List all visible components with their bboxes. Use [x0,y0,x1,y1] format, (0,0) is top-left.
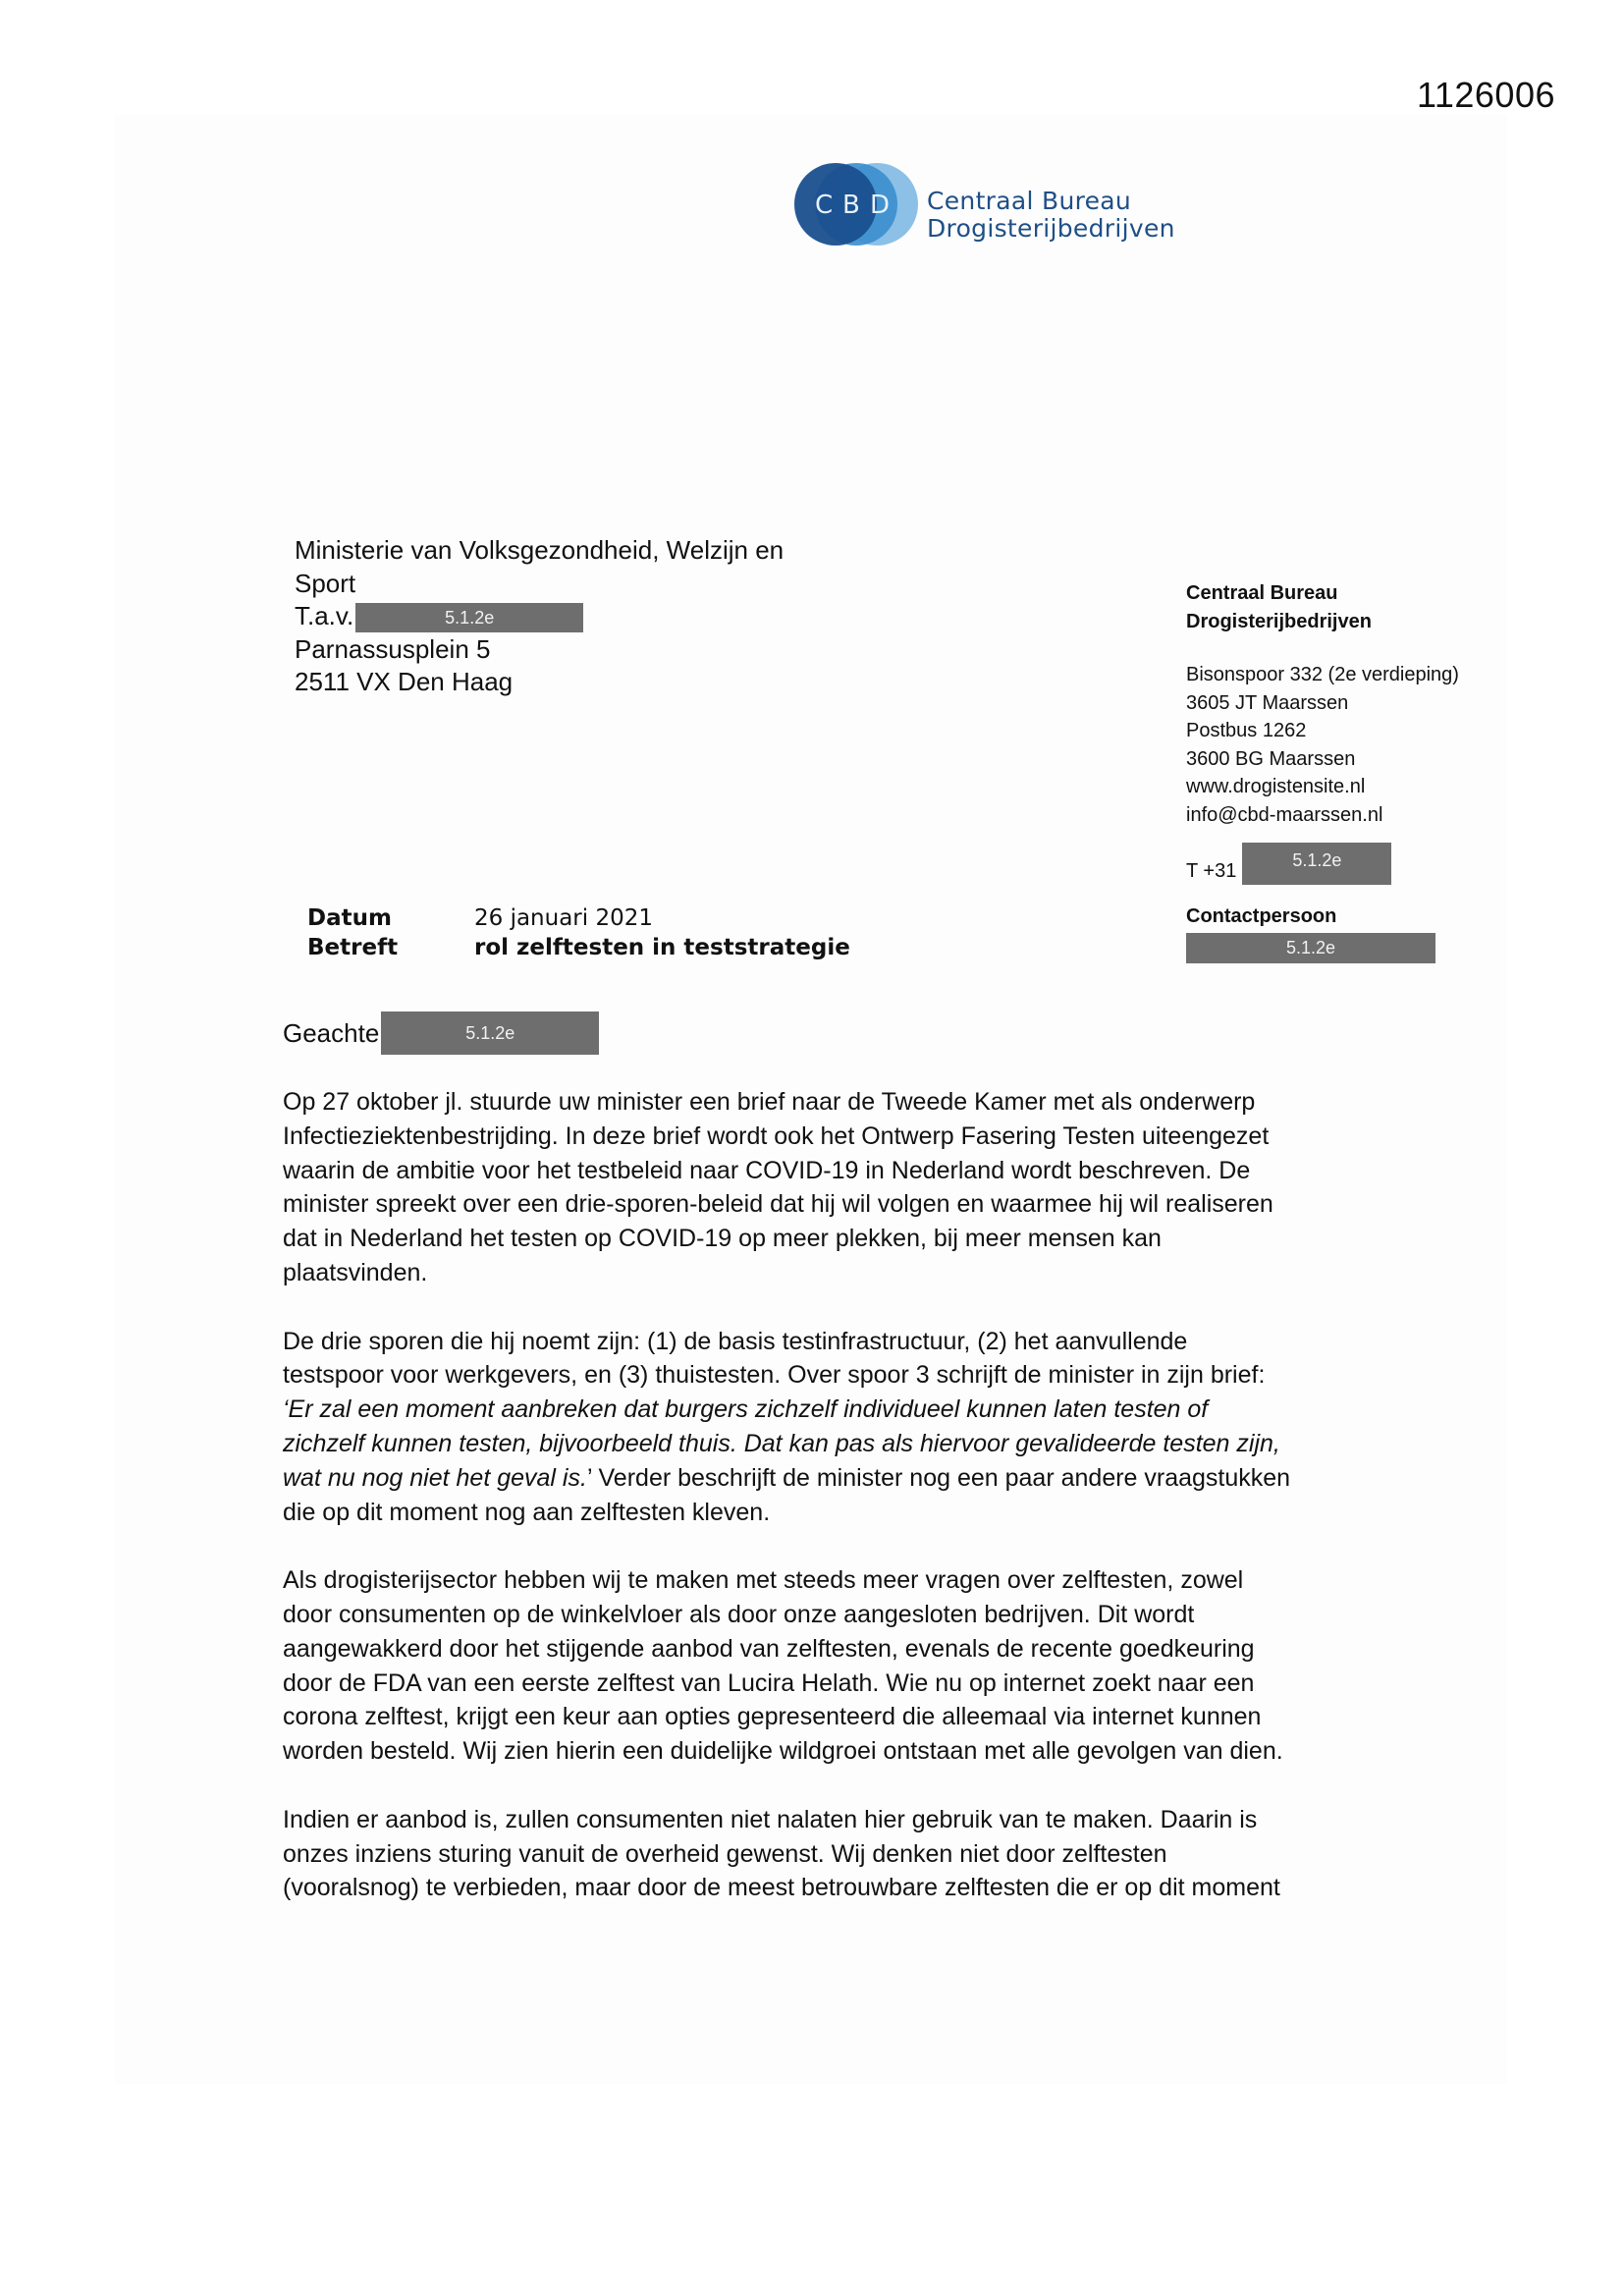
body-line: worden besteld. Wij zien hierin een duid… [283,1734,1373,1769]
paragraph-3: Als drogisterijsector hebben wij te make… [283,1563,1373,1769]
date-row: Datum 26 januari 2021 [307,903,850,933]
phone-prefix: T +31 [1186,857,1236,885]
paragraph-1: Op 27 oktober jl. stuurde uw minister ee… [283,1085,1373,1290]
body-line: corona zelftest, krijgt een keur aan opt… [283,1700,1373,1734]
body-line: Infectieziektenbestrijding. In deze brie… [283,1120,1373,1154]
body-line: die op dit moment nog aan zelftesten kle… [283,1496,1373,1530]
logo-initial-d: D [870,191,890,220]
recipient-city: 2511 VX Den Haag [295,666,784,699]
redaction-box: 5.1.2e [381,1011,599,1055]
sender-block: Centraal Bureau Drogisterijbedrijven Bis… [1186,579,1459,963]
quote-text: zichzelf kunnen testen, bijvoorbeeld thu… [283,1430,1280,1457]
date-value: 26 januari 2021 [474,903,653,933]
letter-body: Op 27 oktober jl. stuurde uw minister ee… [283,1085,1373,1940]
body-line: De drie sporen die hij noemt zijn: (1) d… [283,1325,1373,1359]
sender-email-link[interactable]: info@cbd-maarssen.nl [1186,801,1459,830]
body-line: dat in Nederland het testen op COVID-19 … [283,1222,1373,1256]
document-number: 1126006 [1417,75,1555,116]
body-line: aangewakkerd door het stijgende aanbod v… [283,1632,1373,1667]
sender-address-line: Bisonspoor 332 (2e verdieping) [1186,661,1459,689]
logo-wordmark: Centraal Bureau Drogisterijbedrijven [927,188,1175,243]
body-line: minister spreekt over een drie-sporen-be… [283,1187,1373,1222]
body-line: Op 27 oktober jl. stuurde uw minister ee… [283,1085,1373,1120]
logo-name-line1: Centraal Bureau [927,188,1175,215]
sender-name-line2: Drogisterijbedrijven [1186,608,1459,636]
sender-phone: T +315.1.2e [1186,843,1459,885]
subject-label: Betreft [307,933,474,962]
recipient-street: Parnassusplein 5 [295,633,784,667]
body-line: door de FDA van een eerste zelftest van … [283,1667,1373,1701]
body-line: testspoor voor werkgevers, en (3) thuist… [283,1358,1373,1393]
quote-text: ‘Er zal een moment aanbreken dat burgers… [283,1395,1208,1423]
body-line: plaatsvinden. [283,1256,1373,1290]
letter-meta: Datum 26 januari 2021 Betreft rol zelfte… [307,903,850,962]
logo-initial-c: C [815,191,833,220]
recipient-line2: Sport [295,568,784,601]
sender-address-line: Postbus 1262 [1186,717,1459,745]
cbd-circles-icon: C B D [793,162,921,246]
redaction-box: 5.1.2e [1242,843,1391,885]
body-line: door consumenten op de winkelvloer als d… [283,1598,1373,1632]
body-line: Als drogisterijsector hebben wij te make… [283,1563,1373,1598]
recipient-line1: Ministerie van Volksgezondheid, Welzijn … [295,534,784,568]
body-line: waarin de ambitie voor het testbeleid na… [283,1154,1373,1188]
sender-address-line: 3600 BG Maarssen [1186,745,1459,774]
quote-line: zichzelf kunnen testen, bijvoorbeeld thu… [283,1427,1373,1461]
subject-row: Betreft rol zelftesten in teststrategie [307,933,850,962]
redaction-box: 5.1.2e [355,603,583,632]
salutation: Geachte5.1.2e [283,1011,599,1055]
sender-address-line: 3605 JT Maarssen [1186,689,1459,718]
paragraph-4: Indien er aanbod is, zullen consumenten … [283,1803,1373,1905]
body-line: onzes inziens sturing vanuit de overheid… [283,1837,1373,1872]
body-line: (vooralsnog) te verbieden, maar door de … [283,1871,1373,1905]
subject-value: rol zelftesten in teststrategie [474,933,850,962]
quote-line: ‘Er zal een moment aanbreken dat burgers… [283,1393,1373,1427]
contact-label: Contactpersoon [1186,902,1459,931]
logo-name-line2: Drogisterijbedrijven [927,215,1175,243]
redaction-box: 5.1.2e [1186,933,1435,963]
paragraph-2: De drie sporen die hij noemt zijn: (1) d… [283,1325,1373,1530]
date-label: Datum [307,903,474,933]
body-line: Indien er aanbod is, zullen consumenten … [283,1803,1373,1837]
sender-name-line1: Centraal Bureau [1186,579,1459,608]
quote-line: wat nu nog niet het geval is.’ Verder be… [283,1461,1373,1496]
quote-text: wat nu nog niet het geval is. [283,1464,587,1492]
recipient-attn: T.a.v.5.1.2e [295,600,784,633]
logo-initial-b: B [842,191,860,220]
body-text: ’ Verder beschrijft de minister nog een … [587,1464,1290,1492]
salutation-text: Geachte [283,1018,379,1049]
sender-website-link[interactable]: www.drogistensite.nl [1186,773,1459,801]
cbd-logo: C B D Centraal Bureau Drogisterijbedrijv… [793,162,1186,246]
attn-label: T.a.v. [295,601,353,630]
recipient-address: Ministerie van Volksgezondheid, Welzijn … [295,534,784,699]
